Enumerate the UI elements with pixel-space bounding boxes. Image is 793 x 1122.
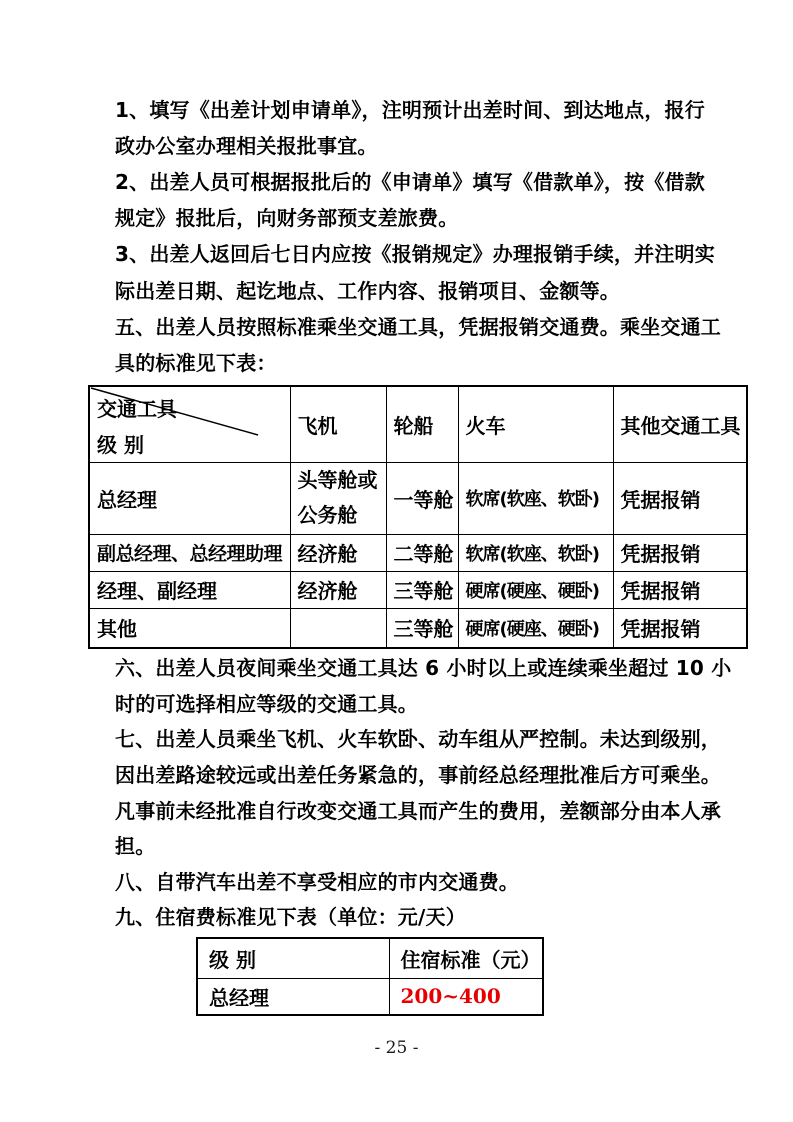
column-header-standard: 住宿标准（元） bbox=[389, 938, 543, 978]
paragraph-line: 六、出差人员夜间乘坐交通工具达 6 小时以上或连续乘坐超过 10 小 bbox=[115, 649, 731, 685]
corner-label-level: 级 别 bbox=[97, 429, 144, 458]
diagonal-header-cell: 交通工具 级 别 bbox=[89, 386, 290, 462]
column-header-train: 火车 bbox=[458, 386, 613, 462]
cell-train: 软席(软座、软卧) bbox=[458, 534, 613, 571]
paragraph-line: 因出差路途较远或出差任务紧急的，事前经总经理批准后方可乘坐。 bbox=[115, 756, 731, 792]
table-header-row: 交通工具 级 别 飞机 轮船 火车 其他交通工具 bbox=[89, 386, 747, 462]
cell-level: 总经理 bbox=[197, 978, 389, 1015]
cell-train: 硬席(硬座、硬卧) bbox=[458, 608, 613, 648]
table-row: 副总经理、总经理助理 经济舱 二等舱 软席(软座、软卧) 凭据报销 bbox=[89, 534, 747, 571]
middle-paragraphs: 六、出差人员夜间乘坐交通工具达 6 小时以上或连续乘坐超过 10 小 时的可选择… bbox=[115, 649, 731, 934]
cell-level: 总经理 bbox=[89, 462, 290, 534]
cell-other: 凭据报销 bbox=[613, 571, 747, 608]
table-row: 其他 三等舱 硬席(硬座、硬卧) 凭据报销 bbox=[89, 608, 747, 648]
column-header-level: 级 别 bbox=[197, 938, 389, 978]
transport-standards-table: 交通工具 级 别 飞机 轮船 火车 其他交通工具 总经理 头等舱或 公务舱 一等… bbox=[88, 385, 748, 649]
paragraph-line: 具的标准见下表： bbox=[115, 343, 721, 379]
paragraph-line: 担。 bbox=[115, 827, 731, 863]
paragraph-line: 1、填写《出差计划申请单》，注明预计出差时间、到达地点，报行 bbox=[115, 90, 721, 126]
cell-ship: 二等舱 bbox=[386, 534, 458, 571]
column-header-other: 其他交通工具 bbox=[613, 386, 747, 462]
column-header-ship: 轮船 bbox=[386, 386, 458, 462]
cell-other: 凭据报销 bbox=[613, 608, 747, 648]
cell-plane-line: 公务舱 bbox=[298, 498, 384, 533]
paragraph-line: 九、住宿费标准见下表（单位：元/天） bbox=[115, 898, 731, 934]
paragraph-line: 规定》报批后，向财务部预支差旅费。 bbox=[115, 199, 721, 235]
column-header-plane: 飞机 bbox=[290, 386, 386, 462]
cell-level: 经理、副经理 bbox=[89, 571, 290, 608]
cell-level: 副总经理、总经理助理 bbox=[89, 534, 290, 571]
cell-ship: 一等舱 bbox=[386, 462, 458, 534]
paragraph-line: 五、出差人员按照标准乘坐交通工具，凭据报销交通费。乘坐交通工 bbox=[115, 307, 721, 343]
table-row: 经理、副经理 经济舱 三等舱 硬席(硬座、硬卧) 凭据报销 bbox=[89, 571, 747, 608]
cell-other: 凭据报销 bbox=[613, 534, 747, 571]
cell-ship: 三等舱 bbox=[386, 608, 458, 648]
cell-standard-value: 200~400 bbox=[389, 978, 543, 1015]
paragraph-line: 时的可选择相应等级的交通工具。 bbox=[115, 685, 731, 721]
cell-level: 其他 bbox=[89, 608, 290, 648]
cell-train: 硬席(硬座、硬卧) bbox=[458, 571, 613, 608]
paragraph-line: 2、出差人员可根据报批后的《申请单》填写《借款单》，按《借款 bbox=[115, 162, 721, 198]
paragraph-line: 凡事前未经批准自行改变交通工具而产生的费用，差额部分由本人承 bbox=[115, 791, 731, 827]
cell-plane bbox=[290, 608, 386, 648]
corner-label-transport: 交通工具 bbox=[97, 393, 177, 422]
cell-other: 凭据报销 bbox=[613, 462, 747, 534]
paragraph-line: 政办公室办理相关报批事宜。 bbox=[115, 126, 721, 162]
cell-plane: 头等舱或 公务舱 bbox=[290, 462, 386, 534]
paragraph-line: 3、出差人返回后七日内应按《报销规定》办理报销手续，并注明实 bbox=[115, 235, 721, 271]
document-page: 1、填写《出差计划申请单》，注明预计出差时间、到达地点，报行 政办公室办理相关报… bbox=[0, 0, 793, 1122]
paragraph-line: 八、自带汽车出差不享受相应的市内交通费。 bbox=[115, 863, 731, 899]
paragraph-line: 七、出差人员乘坐飞机、火车软卧、动车组从严控制。未达到级别， bbox=[115, 720, 731, 756]
cell-ship: 三等舱 bbox=[386, 571, 458, 608]
cell-plane: 经济舱 bbox=[290, 571, 386, 608]
lodging-standards-table: 级 别 住宿标准（元） 总经理 200~400 bbox=[196, 937, 544, 1016]
cell-train: 软席(软座、软卧) bbox=[458, 462, 613, 534]
table-row: 总经理 头等舱或 公务舱 一等舱 软席(软座、软卧) 凭据报销 bbox=[89, 462, 747, 534]
cell-plane: 经济舱 bbox=[290, 534, 386, 571]
table-row: 总经理 200~400 bbox=[197, 978, 543, 1015]
cell-plane-line: 头等舱或 bbox=[298, 463, 384, 498]
table-header-row: 级 别 住宿标准（元） bbox=[197, 938, 543, 978]
page-number: - 25 - bbox=[0, 1038, 793, 1058]
top-paragraphs: 1、填写《出差计划申请单》，注明预计出差时间、到达地点，报行 政办公室办理相关报… bbox=[115, 90, 721, 380]
paragraph-line: 际出差日期、起讫地点、工作内容、报销项目、金额等。 bbox=[115, 271, 721, 307]
